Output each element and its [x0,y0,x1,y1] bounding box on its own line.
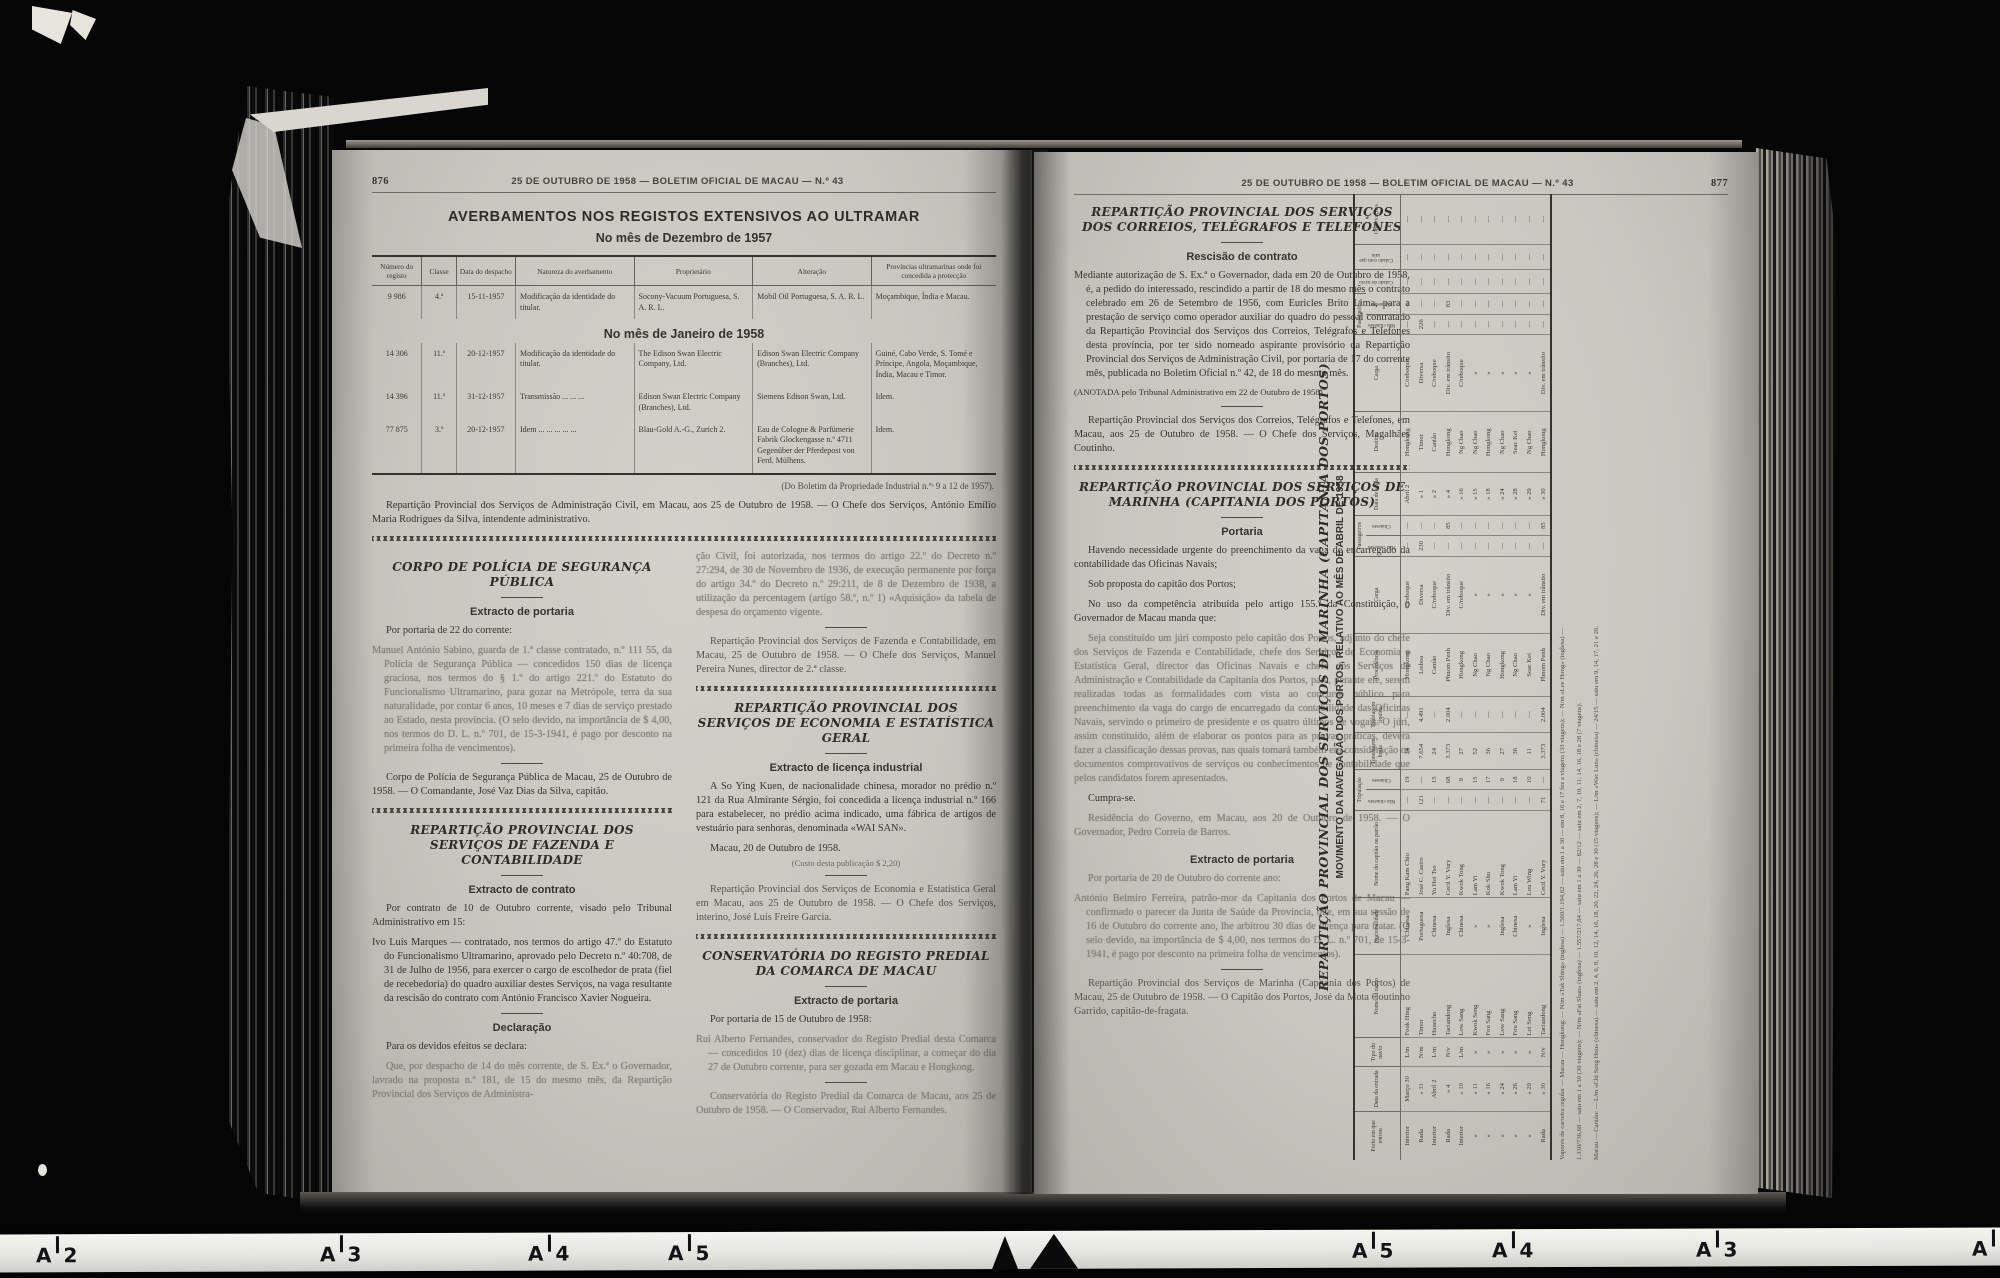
table-row: »» 16»Fou Sang»Kok Shu—1736—Ng Chao»——» … [1482,194,1496,1160]
table-cell: — [1523,515,1537,535]
table-cell: Portuguesa [1415,898,1429,955]
table-cell: » [1509,1111,1523,1160]
table-cell: Ng Chao [1469,412,1483,473]
table-cell: » [1482,556,1496,633]
table-cell: 36 [1482,733,1496,770]
table-cell: Idem. [871,386,996,419]
table-cell: — [1455,269,1469,293]
table-cell: Pang Kam Chio [1401,810,1415,897]
table-cell: — [1455,314,1469,334]
table-cell: Rada [1537,1111,1552,1160]
col-header: Data do despacho [456,256,515,286]
table-cell: 68 [1442,770,1456,790]
table-cell: — [1523,790,1537,810]
table-cell: — [1401,194,1415,245]
section-title-registo: CONSERVATÓRIA DO REGISTO PREDIAL DA COMA… [696,949,996,979]
running-head: 876 25 DE OUTUBRO DE 1958 — BOLETIM OFIC… [372,176,996,193]
economia-signature: Repartição Provincial dos Serviços de Ec… [696,883,996,925]
table-cell: — [1455,245,1469,269]
table-cell: Idem ... ... ... ... ... [515,419,634,474]
table-cell: — [1442,536,1456,556]
table-cell: » 10 [1455,1066,1469,1111]
table-cell: 226 [1415,314,1429,334]
police-body: Manuel António Sabino, guarda de 1.ª cla… [372,644,672,756]
table-cell: — [1537,536,1552,556]
table-row: Rada» 30N/vTaciandongInglesaCecil Y. Vur… [1537,194,1552,1160]
navigation-movement-table: Porto em que entrou Data da entrada Tipo… [1353,194,1552,1160]
table-cell: — [1523,536,1537,556]
table-cell: C/reboque [1428,334,1442,411]
table-cell: Low Sang [1455,955,1469,1038]
table-cell: 2.004 [1537,696,1552,733]
table-cell: L/m [1428,1038,1442,1066]
col-header: Proprietário [634,256,753,286]
table-cell: — [1401,696,1415,733]
table-cell: 20-12-1957 [456,419,515,474]
table-cell: Diversa [1415,334,1429,411]
ruler-tick [1716,1230,1719,1247]
ruler-tick [1372,1232,1375,1249]
table-cell: Hongkong [1455,633,1469,696]
ruler-mark: A3 [1696,1237,1738,1261]
rotated-table-subtitle: MOVIMENTO DA NAVEGAÇÃO DOS PORTOS, RELAT… [1335,194,1346,1160]
section-title-economia: REPARTIÇÃO PROVINCIAL DOS SERVIÇOS DE EC… [696,701,996,746]
table-cell: Chinesa [1509,898,1523,955]
running-head: 25 DE OUTUBRO DE 1958 — BOLETIM OFICIAL … [1074,178,1728,195]
table-cell: Div. em trânsito [1537,556,1552,633]
table-cell: » 15 [1469,473,1483,516]
table-cell: 11.ª [422,386,456,419]
table-cell: Taciandong [1537,955,1552,1038]
table-cell: — [1537,194,1552,245]
table-cell: Diversa [1415,556,1429,633]
film-speck [38,1164,47,1176]
table-cell: Modificação da identidade do titular. [515,286,634,319]
table-cell: — [1428,194,1442,245]
table-cell: 18 [1509,770,1523,790]
table-cell: Hunecho [1428,955,1442,1038]
table-cell: 20-12-1957 [456,343,515,386]
table-cell: — [1509,790,1523,810]
microfilm-ruler: A2 A3 A4 A5 A5 A4 A3 A [0,1227,2000,1272]
table-cell: 3.373 [1537,733,1552,770]
ruler-tick [340,1235,343,1252]
table-cell: Hongkong [1401,633,1415,696]
table-cell: — [1455,515,1469,535]
table-cell: » [1509,334,1523,411]
table-cell: Lisboa [1415,633,1429,696]
col-header: Não chineses [1366,536,1401,556]
table-row: Interior» 10L/mLow SangChinesaKwok Tong—… [1455,194,1469,1160]
table-cell: Loi Seng [1523,955,1537,1038]
table-cell: — [1401,269,1415,293]
table-cell: — [1523,314,1537,334]
table-cell: Cantão [1428,633,1442,696]
table-cell: Blau-Gold A.-G., Zurich 2. [634,419,753,474]
ruler-tick [56,1236,59,1253]
table-cell: Lam Yi [1469,810,1483,897]
table-cell: — [1523,269,1537,293]
table-cell: 230 [1415,536,1429,556]
table-cell: 14 306 [372,343,422,386]
table-cell: 7.654 [1415,733,1429,770]
table-cell: — [1469,245,1483,269]
table-cell: — [1442,194,1456,245]
table-cell: — [1509,515,1523,535]
col-header: Carga [1354,334,1401,411]
table-row: »» 26»Fou SangChinesaLam Yi—1836—Ng Chao… [1509,194,1523,1160]
table-cell: — [1455,790,1469,810]
table-cell: — [1455,194,1469,245]
table-cell: 34 [1401,733,1415,770]
table-cell: L/m [1401,1038,1415,1066]
table-cell: 83 [1442,294,1456,314]
table-cell: Interior [1428,1111,1442,1160]
table-cell: » 30 [1537,1066,1552,1111]
table-cell: Seac Kei [1509,412,1523,473]
table-cell: » [1496,334,1510,411]
col-group-passageiros: Passageiros [1354,294,1366,335]
table-cell: Cecil Y. Vury [1537,810,1552,897]
table-cell: — [1469,790,1483,810]
table-cell: Siemens Edison Swan, Ltd. [753,386,872,419]
book-top-edge [346,140,1742,148]
table-cell: 4.491 [1415,696,1429,733]
table-cell: » [1469,1038,1483,1066]
table-cell: — [1469,269,1483,293]
ruler-mark: A2 [36,1243,78,1267]
ruler-mark: A3 [320,1242,362,1266]
table-cell: — [1537,269,1552,293]
ruler-tick [688,1234,691,1251]
table-cell: Cecil Y. Vury [1442,810,1456,897]
table-cell: 27 [1455,733,1469,770]
table-cell: — [1469,515,1483,535]
table-cell: 4.ª [422,286,456,319]
table-cell: Eau de Cologne & Parfümerie Fabrik Glock… [753,419,872,474]
table-cell: Kwok Tong [1496,810,1510,897]
table-cell: — [1442,314,1456,334]
table-cell: Transmissão ... ... ... [515,386,634,419]
registrations-table-january: 14 30611.ª20-12-1957Modificação da ident… [372,343,996,475]
ruler-mark: A5 [1352,1239,1394,1263]
table-cell: 19 [1401,770,1415,790]
table-cell: 31-12-1957 [456,386,515,419]
table-cell: 11.ª [422,343,456,386]
table-cell: Ng Chao [1496,412,1510,473]
police-lead: Por portaria de 22 do corrente: [372,624,672,638]
table-cell: Ng Chao [1455,412,1469,473]
table-cell: Div. em trânsito [1442,556,1456,633]
table-cell: N/v [1442,1038,1456,1066]
table-cell: — [1469,536,1483,556]
table-cell: — [1428,515,1442,535]
table-cell: — [1496,790,1510,810]
table-cell: 15 [1469,770,1483,790]
section-divider [372,808,672,813]
table-cell: Socony-Vacuum Portuguesa, S. A. R. L. [634,286,753,319]
table-cell: Ng Chao [1469,633,1483,696]
table-cell: — [1482,314,1496,334]
table-cell: Taciandong [1442,955,1456,1038]
table-cell: — [1428,696,1442,733]
subsection-police: Extracto de portaria [372,606,672,618]
col-header: Tipo do navio [1354,1038,1401,1066]
table-cell: — [1509,314,1523,334]
table-cell: Fou Sang [1509,955,1523,1038]
table-cell: 52 [1469,733,1483,770]
table-cell: 27 [1496,733,1510,770]
table-cell: » 4 [1442,473,1456,516]
table-cell: Março 30 [1401,1066,1415,1111]
table-cell: » [1469,898,1483,955]
table-cell: Rada [1415,1111,1429,1160]
source-note: (Do Boletim da Propriedade Industrial n.… [374,481,994,491]
economia-date: Macau, 20 de Outubro de 1958. [696,842,996,856]
economia-body: A So Ying Kuen, de nacionalidade chinesa… [696,780,996,836]
right-column: ção Civil, foi autorizada, nos termos do… [696,550,996,1124]
table-cell: 14 396 [372,386,422,419]
table-cell: Rada [1442,1111,1456,1160]
table-cell: 3.373 [1442,733,1456,770]
table-cell: — [1415,770,1429,790]
subsection-economia: Extracto de licença industrial [696,762,996,774]
table-row: 9 9864.ª15-11-1957Modificação da identid… [372,286,996,319]
table-cell: » 24 [1496,473,1510,516]
table-cell: — [1482,245,1496,269]
table-cell: — [1455,294,1469,314]
table-cell: » [1523,334,1537,411]
table-cell: » 28 [1509,473,1523,516]
table-cell: » [1523,556,1537,633]
table-cell: N/m [1415,1038,1429,1066]
col-header: Não chineses [1366,790,1401,810]
col-header: Data de saída [1354,473,1401,516]
col-header: Porto em que entrou [1354,1111,1401,1160]
table-cell: 9 [1496,770,1510,790]
table-cell: — [1496,194,1510,245]
table-cell: — [1496,269,1510,293]
table-cell: — [1401,314,1415,334]
table-cell: L/m [1455,1038,1469,1066]
table-cell: 10 [1523,770,1537,790]
film-notch [1030,1234,1078,1269]
declaracao-body: Que, por despacho de 14 do mês corrente,… [372,1060,672,1102]
table-cell: » [1482,334,1496,411]
declaracao-lead: Para os devidos efeitos se declara: [372,1040,672,1054]
registo-lead: Por portaria de 15 de Outubro de 1958: [696,1013,996,1027]
table-cell: C/reboque [1401,556,1415,633]
table-cell: Modificação da identidade do titular. [515,343,634,386]
table-cell: Hongkong [1401,412,1415,473]
table-cell: — [1469,696,1483,733]
table-cell: — [1428,314,1442,334]
table-cell: 15-11-1957 [456,286,515,319]
table-cell: N/v [1537,1038,1552,1066]
col-header: Natureza do averbamento [515,256,634,286]
table-cell: — [1415,269,1429,293]
table-cell: Timor [1415,412,1429,473]
table-cell: » 26 [1509,1066,1523,1111]
table-cell: 85 [1537,515,1552,535]
col-header: Não chineses [1366,314,1401,334]
table-cell: — [1401,294,1415,314]
table-cell: » 16 [1482,1066,1496,1111]
col-header: Tonelagem bruta [1354,733,1401,770]
col-header: Chineses [1366,294,1401,314]
table-cell: — [1482,294,1496,314]
table-cell: — [1537,770,1552,790]
table-cell: 24 [1428,733,1442,770]
table-row: Rada» 31N/mTimorPortuguesaJosé C. Castro… [1415,194,1429,1160]
table-cell: 85 [1442,515,1456,535]
ruler-mark: A5 [668,1241,710,1265]
registrations-table-december: Número do registo Classe Data do despach… [372,255,996,319]
table-cell: — [1509,536,1523,556]
table-cell: — [1537,294,1552,314]
fazenda-signature: Repartição Provincial dos Serviços de Fa… [696,635,996,677]
table-cell: Ng Chao [1482,633,1496,696]
table-row: 14 39611.ª31-12-1957Transmissão ... ... … [372,386,996,419]
book-bottom-shadow [300,1192,1786,1212]
table-cell: Fou Sang [1482,955,1496,1038]
table-cell: Mobil Oil Portuguesa, S. A. R. L. [753,286,872,319]
table-cell: » [1482,898,1496,955]
table-cell: Inglesa [1442,898,1456,955]
col-header: Procedência [1354,633,1401,696]
table-cell: — [1469,294,1483,314]
ruler-tick [548,1235,551,1252]
film-speck [32,6,72,44]
table-row: »» 11»Kwok Seng»Lam Yi—1552—Ng Chao»——» … [1469,194,1483,1160]
col-header: Províncias ultramarinas onde foi concedi… [871,256,996,286]
col-header: Calado do navio [1354,269,1401,293]
table-cell: Lou Wing [1523,810,1537,897]
page-title: AVERBAMENTOS NOS REGISTOS EXTENSIVOS AO … [372,209,996,225]
table-cell: Div. em trânsito [1442,334,1456,411]
table-cell: Edison Swan Electric Company (Branches),… [634,386,753,419]
table-cell: Inglesa [1537,898,1552,955]
table-cell: 3.ª [422,419,456,474]
table-cell: — [1482,536,1496,556]
table-cell: » [1482,1038,1496,1066]
table-cell: Phnom Penh [1537,633,1552,696]
table-footnote: Macau — Cantão: — L/m «Chi Seng Hou» (ch… [1592,194,1602,1160]
table-cell: Div. em trânsito [1537,334,1552,411]
bulletin-page-left: 876 25 DE OUTUBRO DE 1958 — BOLETIM OFIC… [332,150,1032,1192]
subsection-declaracao: Declaração [372,1022,672,1034]
month-subtitle-january: No mês de Janeiro de 1958 [372,327,996,341]
table-cell: — [1496,314,1510,334]
table-cell: Ng Chao [1523,412,1537,473]
table-footnote: Vapores de carreira regular — Macau — Ho… [1558,194,1568,1160]
registo-signature: Conservatória do Registo Predial da Coma… [696,1090,996,1118]
table-cell: Fook Hing [1401,955,1415,1038]
table-cell: Lam Yi [1509,810,1523,897]
section-divider [696,686,996,691]
col-header: Nacionalidade [1354,898,1401,955]
table-cell: — [1482,269,1496,293]
col-group-tripulacao: Tripulação [1354,770,1366,811]
table-cell: — [1401,245,1415,269]
table-cell: — [1469,194,1483,245]
table-cell: 9 [1455,770,1469,790]
table-cell: 11 [1523,733,1537,770]
table-cell: » 29 [1523,473,1537,516]
table-cell: — [1415,194,1429,245]
left-column: CORPO DE POLÍCIA DE SEGURANÇA PÚBLICA Ex… [372,550,672,1124]
publication-cost: (Custo desta publicação $ 2,20) [696,858,996,868]
table-cell: Idem. [871,419,996,474]
table-cell: — [1415,294,1429,314]
table-cell: Seac Kei [1523,633,1537,696]
section-title-fazenda: REPARTIÇÃO PROVINCIAL DOS SERVIÇOS DE FA… [372,823,672,868]
ruler-mark: A4 [528,1242,570,1266]
col-header: Data da entrada [1354,1066,1401,1111]
running-head-text: 25 DE OUTUBRO DE 1958 — BOLETIM OFICIAL … [389,176,966,187]
table-cell: » [1523,898,1537,955]
table-cell: » [1509,556,1523,633]
table-cell: Abril 2 [1401,473,1415,516]
col-header: Chineses [1366,515,1401,535]
table-cell: Abril 2 [1428,1066,1442,1111]
continuation-body: ção Civil, foi autorizada, nos termos do… [696,550,996,620]
ruler-mark: A4 [1492,1238,1534,1262]
table-cell: The Edison Swan Electric Company, Ltd. [634,343,753,386]
table-cell: — [1455,696,1469,733]
col-header: Nome do capitão ou patrão [1354,810,1401,897]
table-cell: — [1482,790,1496,810]
col-header: Tonelagem líquida [1354,696,1401,733]
table-cell: — [1509,269,1523,293]
table-cell: Kwok Tong [1455,810,1469,897]
table-cell: — [1428,269,1442,293]
table-cell: — [1496,294,1510,314]
table-cell: » 16 [1455,473,1469,516]
table-cell: » [1509,1038,1523,1066]
col-header: Destino [1354,412,1401,473]
table-cell: — [1496,245,1510,269]
section-divider [696,934,996,939]
rotated-marine-table-block: REPARTIÇÃO PROVINCIAL DOS SERVIÇOS DE MA… [1316,194,1696,1160]
table-cell: Hongkong [1442,412,1456,473]
table-cell: 71 [1537,790,1552,810]
table-cell: 36 [1509,733,1523,770]
table-cell: — [1523,194,1537,245]
col-header: Alteração [753,256,872,286]
table-cell: Inglesa [1496,898,1510,955]
table-cell: — [1442,790,1456,810]
table-cell: — [1509,696,1523,733]
table-cell: Chinesa [1428,898,1442,955]
subsection-registo: Extracto de portaria [696,995,996,1007]
table-cell: » 24 [1496,1066,1510,1111]
table-cell: — [1442,245,1456,269]
section-divider [372,536,996,541]
table-row: 14 30611.ª20-12-1957Modificação da ident… [372,343,996,386]
table-cell: 15 [1428,770,1442,790]
table-row: InteriorMarço 30L/mFook HingChinesaPang … [1401,194,1415,1160]
film-notch [992,1236,1018,1269]
col-header: Chineses [1366,770,1401,790]
col-header: Nome do navio [1354,955,1401,1038]
rotated-table-title: REPARTIÇÃO PROVINCIAL DOS SERVIÇOS DE MA… [1316,194,1331,1160]
table-cell: — [1401,790,1415,810]
book-page-edges-right [1756,148,1836,1198]
microfilm-frame: { "left_page": { "page_number": "876", "… [0,0,2000,1278]
table-cell: Yu Hoi Tso [1428,810,1442,897]
table-cell: » [1482,1111,1496,1160]
